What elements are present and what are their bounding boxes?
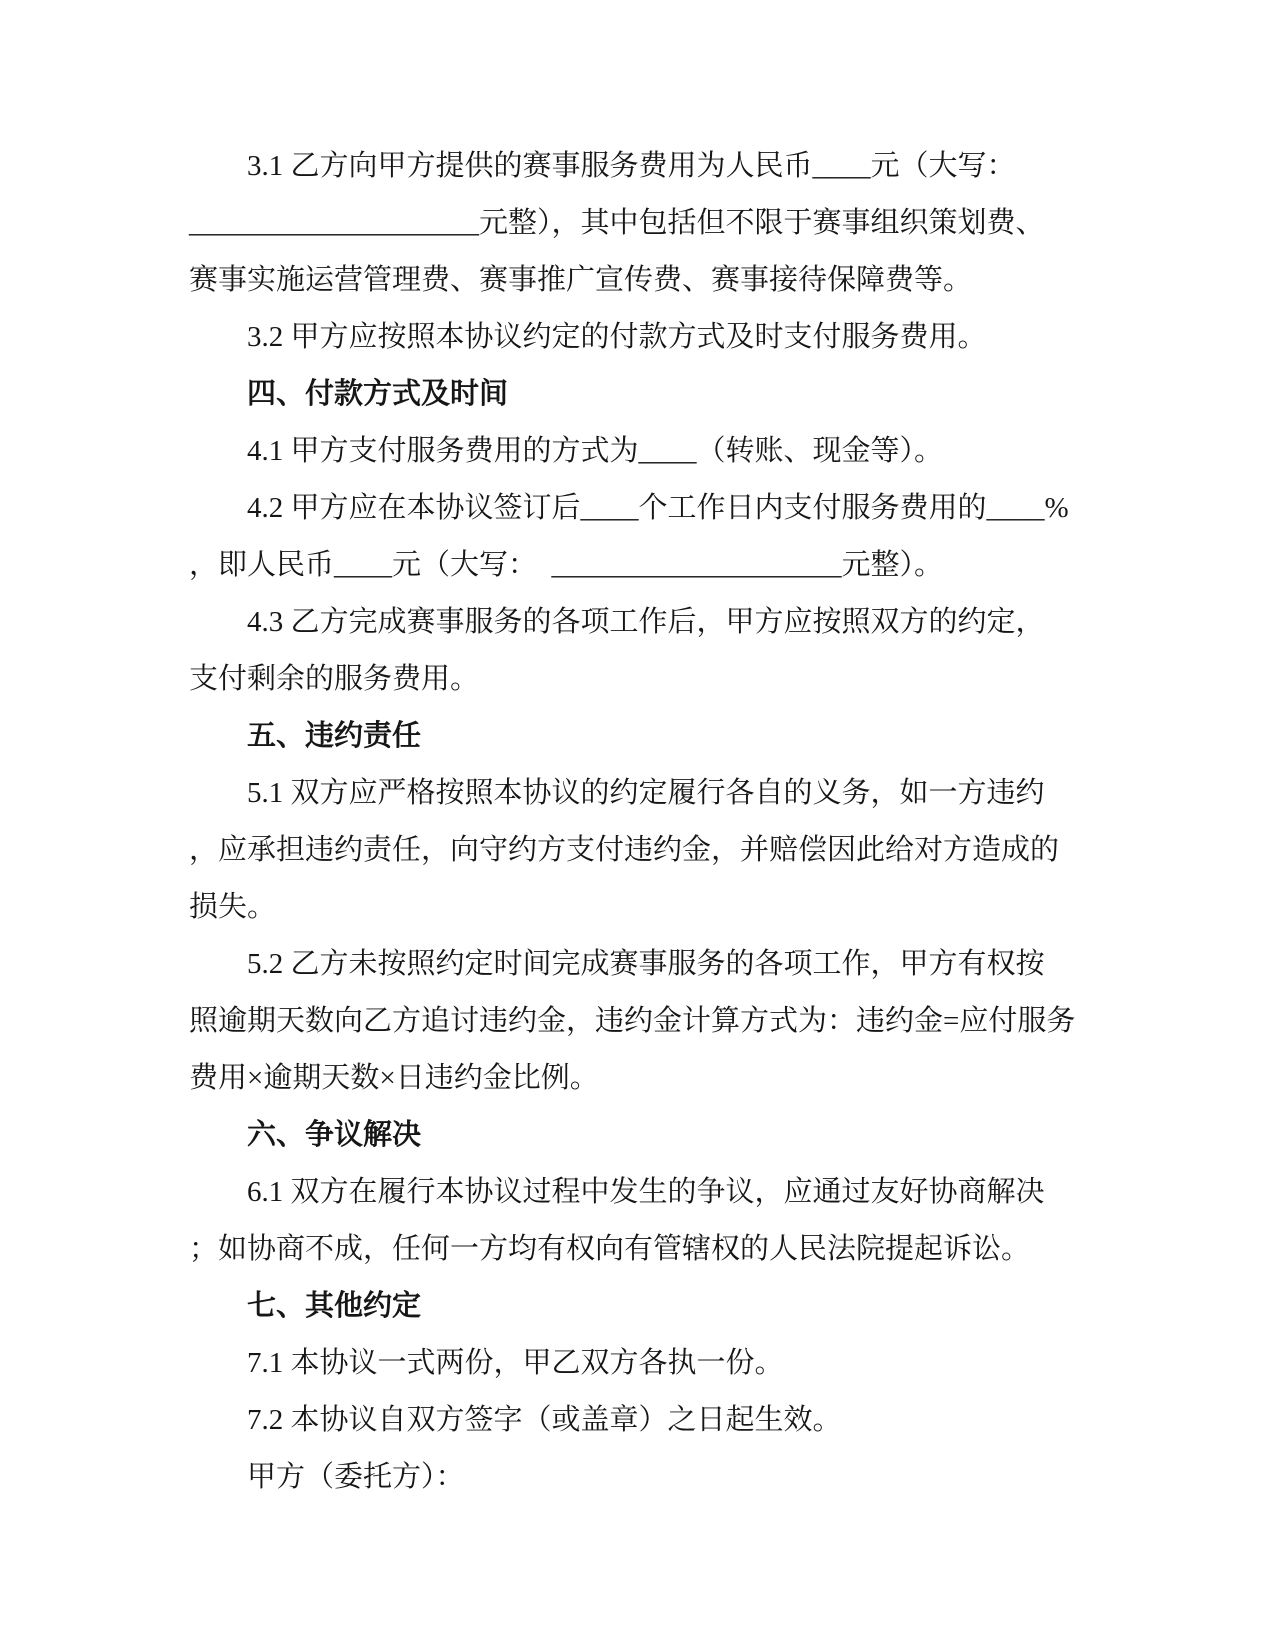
document-body: 3.1 乙方向甲方提供的赛事服务费用为人民币____元（大写： ________…	[189, 138, 1079, 1506]
clause-4-1: 4.1 甲方支付服务费用的方式为____（转账、现金等）。	[189, 423, 1079, 480]
section-7-heading: 七、其他约定	[189, 1278, 1079, 1335]
section-4-heading: 四、付款方式及时间	[189, 366, 1079, 423]
clause-7-2: 7.2 本协议自双方签字（或盖章）之日起生效。	[189, 1392, 1079, 1449]
clause-5-2-line-3: 费用×逾期天数×日违约金比例。	[189, 1050, 1079, 1107]
clause-4-2-line-2: ，即人民币____元（大写： ____________________元整）。	[189, 537, 1079, 594]
clause-5-1-line-3: 损失。	[189, 879, 1079, 936]
section-5-heading: 五、违约责任	[189, 708, 1079, 765]
clause-6-1-line-1: 6.1 双方在履行本协议过程中发生的争议，应通过友好协商解决	[189, 1164, 1079, 1221]
contract-document-page: 3.1 乙方向甲方提供的赛事服务费用为人民币____元（大写： ________…	[0, 0, 1275, 1650]
clause-5-1-line-1: 5.1 双方应严格按照本协议的约定履行各自的义务，如一方违约	[189, 765, 1079, 822]
party-a-label: 甲方（委托方）：	[189, 1449, 1079, 1506]
clause-3-1-line-1: 3.1 乙方向甲方提供的赛事服务费用为人民币____元（大写：	[189, 138, 1079, 195]
clause-7-1: 7.1 本协议一式两份，甲乙双方各执一份。	[189, 1335, 1079, 1392]
clause-5-2-line-1: 5.2 乙方未按照约定时间完成赛事服务的各项工作，甲方有权按	[189, 936, 1079, 993]
clause-3-1-line-2: ____________________元整），其中包括但不限于赛事组织策划费、	[189, 195, 1079, 252]
clause-5-1-line-2: ，应承担违约责任，向守约方支付违约金，并赔偿因此给对方造成的	[189, 822, 1079, 879]
section-6-heading: 六、争议解决	[189, 1107, 1079, 1164]
clause-3-1-line-3: 赛事实施运营管理费、赛事推广宣传费、赛事接待保障费等。	[189, 252, 1079, 309]
clause-4-2-line-1: 4.2 甲方应在本协议签订后____个工作日内支付服务费用的____%	[189, 480, 1079, 537]
clause-6-1-line-2: ；如协商不成，任何一方均有权向有管辖权的人民法院提起诉讼。	[189, 1221, 1079, 1278]
clause-3-2: 3.2 甲方应按照本协议约定的付款方式及时支付服务费用。	[189, 309, 1079, 366]
clause-5-2-line-2: 照逾期天数向乙方追讨违约金，违约金计算方式为：违约金=应付服务	[189, 993, 1079, 1050]
clause-4-3-line-1: 4.3 乙方完成赛事服务的各项工作后，甲方应按照双方的约定，	[189, 594, 1079, 651]
clause-4-3-line-2: 支付剩余的服务费用。	[189, 651, 1079, 708]
